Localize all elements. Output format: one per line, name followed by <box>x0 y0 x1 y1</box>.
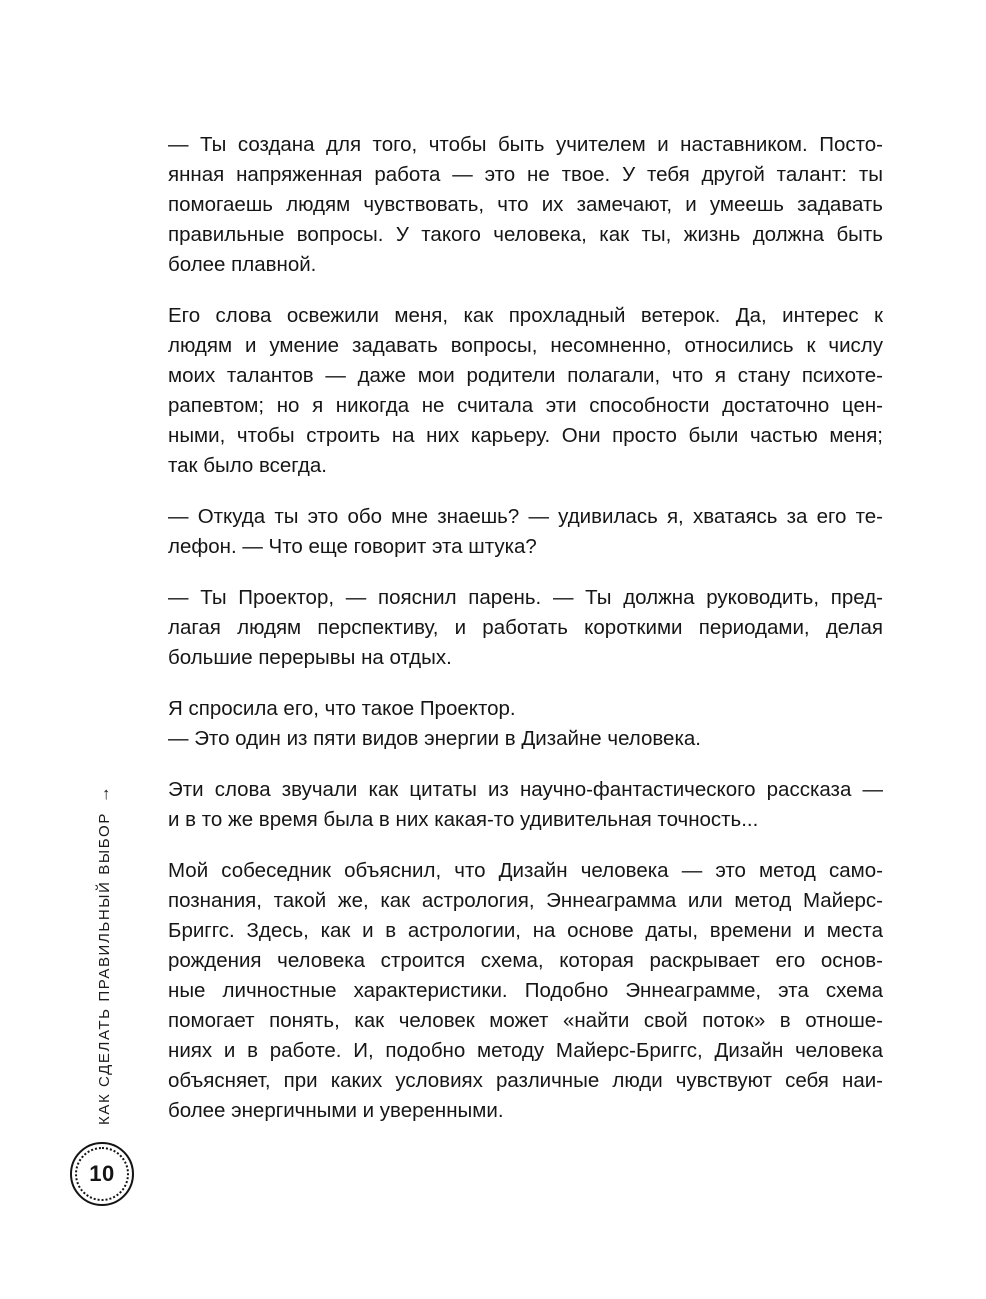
text-line: — Ты Проектор, — пояснил парень. — Ты до… <box>168 583 883 613</box>
text-line: — Это один из пяти видов энергии в Дизай… <box>168 724 883 754</box>
paragraph: Эти слова звучали как цитаты из научно-ф… <box>168 775 883 835</box>
spine-title: КАК СДЕЛАТЬ ПРАВИЛЬНЫЙ ВЫБОР→ <box>94 786 114 1125</box>
paragraph: Его слова освежили меня, как прохладный … <box>168 301 883 481</box>
text-line: помогаешь людям чувствовать, что их заме… <box>168 190 883 220</box>
text-line: Мой собеседник объяснил, что Дизайн чело… <box>168 856 883 886</box>
paragraph: Я спросила его, что такое Проектор. <box>168 694 883 724</box>
paragraph: — Это один из пяти видов энергии в Дизай… <box>168 724 883 754</box>
paragraph: — Ты Проектор, — пояснил парень. — Ты до… <box>168 583 883 673</box>
text-line: людям и умение задавать вопросы, несомне… <box>168 331 883 361</box>
paragraph: Мой собеседник объяснил, что Дизайн чело… <box>168 856 883 1126</box>
text-line: — Откуда ты это обо мне знаешь? — удивил… <box>168 502 883 532</box>
text-line: Я спросила его, что такое Проектор. <box>168 694 883 724</box>
text-line: более энергичными и уверенными. <box>168 1096 883 1126</box>
text-line: моих талантов — даже мои родители полага… <box>168 361 883 391</box>
text-line: Эти слова звучали как цитаты из научно-ф… <box>168 775 883 805</box>
text-line: Его слова освежили меня, как прохладный … <box>168 301 883 331</box>
text-line: — Ты создана для того, чтобы быть учител… <box>168 130 883 160</box>
page-number: 10 <box>72 1144 132 1204</box>
text-line: и в то же время была в них какая-то удив… <box>168 805 883 835</box>
text-line: более плавной. <box>168 250 883 280</box>
text-line: так было всегда. <box>168 451 883 481</box>
text-line: объясняет, при каких условиях различные … <box>168 1066 883 1096</box>
text-line: лефон. — Что еще говорит эта штука? <box>168 532 883 562</box>
text-line: правильные вопросы. У такого человека, к… <box>168 220 883 250</box>
page-number-badge: 10 <box>70 1142 134 1206</box>
text-line: рождения человека строится схема, котора… <box>168 946 883 976</box>
paragraph: — Ты создана для того, чтобы быть учител… <box>168 130 883 280</box>
text-line: ниях и в работе. И, подобно методу Майер… <box>168 1036 883 1066</box>
text-line: лагая людям перспективу, и работать коро… <box>168 613 883 643</box>
text-line: ными, чтобы строить на них карьеру. Они … <box>168 421 883 451</box>
spine-title-label: КАК СДЕЛАТЬ ПРАВИЛЬНЫЙ ВЫБОР <box>96 812 113 1125</box>
up-arrow-icon: → <box>94 786 114 803</box>
text-column: — Ты создана для того, чтобы быть учител… <box>168 130 883 1126</box>
text-line: Бриггс. Здесь, как и в астрологии, на ос… <box>168 916 883 946</box>
text-line: ные личностные характеристики. Подобно Э… <box>168 976 883 1006</box>
text-line: рапевтом; но я никогда не считала эти сп… <box>168 391 883 421</box>
text-line: познания, такой же, как астрология, Энне… <box>168 886 883 916</box>
text-line: большие перерывы на отдых. <box>168 643 883 673</box>
paragraph: — Откуда ты это обо мне знаешь? — удивил… <box>168 502 883 562</box>
text-line: янная напряженная работа — это не твое. … <box>168 160 883 190</box>
text-line: помогает понять, как человек может «найт… <box>168 1006 883 1036</box>
book-page: КАК СДЕЛАТЬ ПРАВИЛЬНЫЙ ВЫБОР→ — Ты созда… <box>0 0 986 1299</box>
